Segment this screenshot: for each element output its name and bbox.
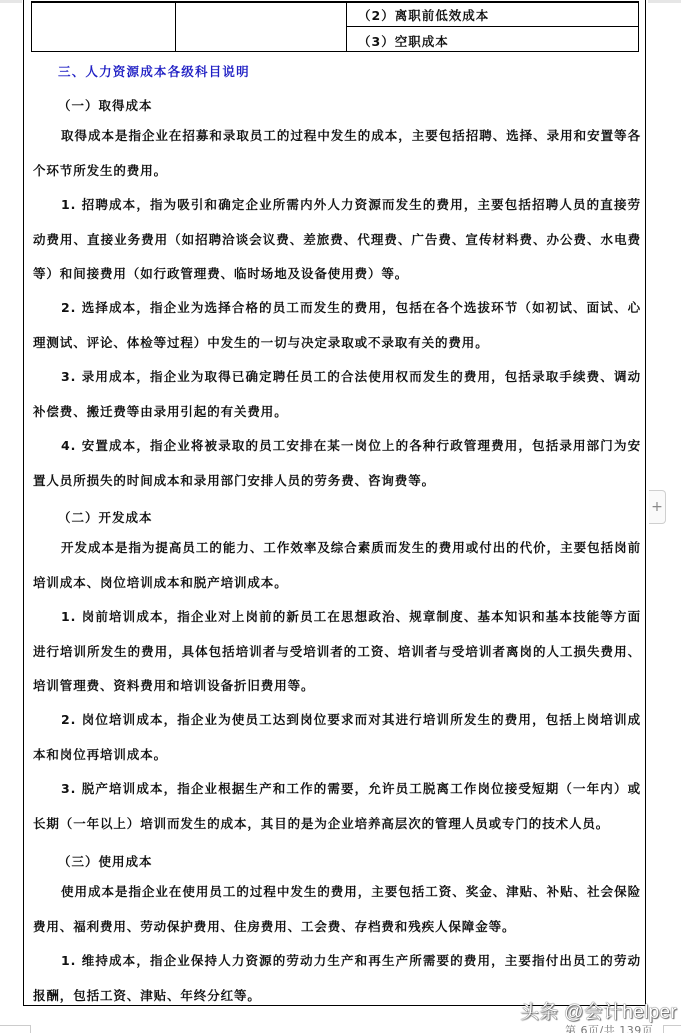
table-cell: （3）空职成本: [358, 32, 449, 50]
top-edge-shade-right: [648, 0, 681, 3]
watermark: 头条 @会计helper: [520, 997, 677, 1024]
paragraph: 开发成本是指为提高员工的能力、工作效率及综合素质而发生的费用或付出的代价，主要包…: [33, 531, 641, 600]
next-page-tab[interactable]: [663, 1025, 681, 1033]
table-column-divider: [175, 3, 176, 51]
paragraph: 2. 岗位培训成本，指企业为使员工达到岗位要求而对其进行培训所发生的费用，包括上…: [33, 703, 641, 772]
paragraph: 2. 选择成本，指企业为选择合格的员工而发生的费用，包括在各个选拔环节（如初试、…: [33, 291, 641, 360]
paragraph: 使用成本是指企业在使用员工的过程中发生的费用，主要包括工资、奖金、津贴、补贴、社…: [33, 875, 641, 944]
paragraph: 4. 安置成本，指企业将被录取的员工安排在某一岗位上的各种行政管理费用，包括录用…: [33, 429, 641, 498]
subsection-title: （一）取得成本: [58, 96, 153, 114]
table-column-divider: [346, 3, 347, 51]
paragraph: 1. 招聘成本，指为吸引和确定企业所需内外人力资源而发生的费用，主要包括招聘人员…: [33, 188, 641, 292]
paragraph: 1. 岗前培训成本，指企业对上岗前的新员工在思想政治、规章制度、基本知识和基本技…: [33, 600, 641, 704]
paragraph: 3. 脱产培训成本，指企业根据生产和工作的需要，允许员工脱离工作岗位接受短期（一…: [33, 772, 641, 841]
plus-icon: +: [651, 499, 663, 515]
page-number: 第 6页/共 139页: [565, 1022, 653, 1033]
cost-table: （2）离职前低效成本 （3）空职成本: [31, 1, 639, 52]
document-page: （2）离职前低效成本 （3）空职成本 三、人力资源成本各级科目说明 （一）取得成…: [23, 0, 646, 1006]
prev-page-tab[interactable]: [0, 1025, 31, 1033]
expand-panel-button[interactable]: +: [649, 490, 666, 524]
paragraph: 3. 录用成本，指企业为取得已确定聘任员工的合法使用权而发生的费用，包括录取手续…: [33, 360, 641, 429]
table-cell: （2）离职前低效成本: [358, 6, 489, 24]
section-heading: 三、人力资源成本各级科目说明: [58, 62, 250, 80]
table-row-divider: [346, 26, 638, 27]
subsection-title: （三）使用成本: [58, 852, 153, 870]
subsection-title: （二）开发成本: [58, 508, 153, 526]
paragraph: 取得成本是指企业在招募和录取员工的过程中发生的成本，主要包括招聘、选择、录用和安…: [33, 119, 641, 188]
top-edge-shade: [0, 0, 22, 3]
